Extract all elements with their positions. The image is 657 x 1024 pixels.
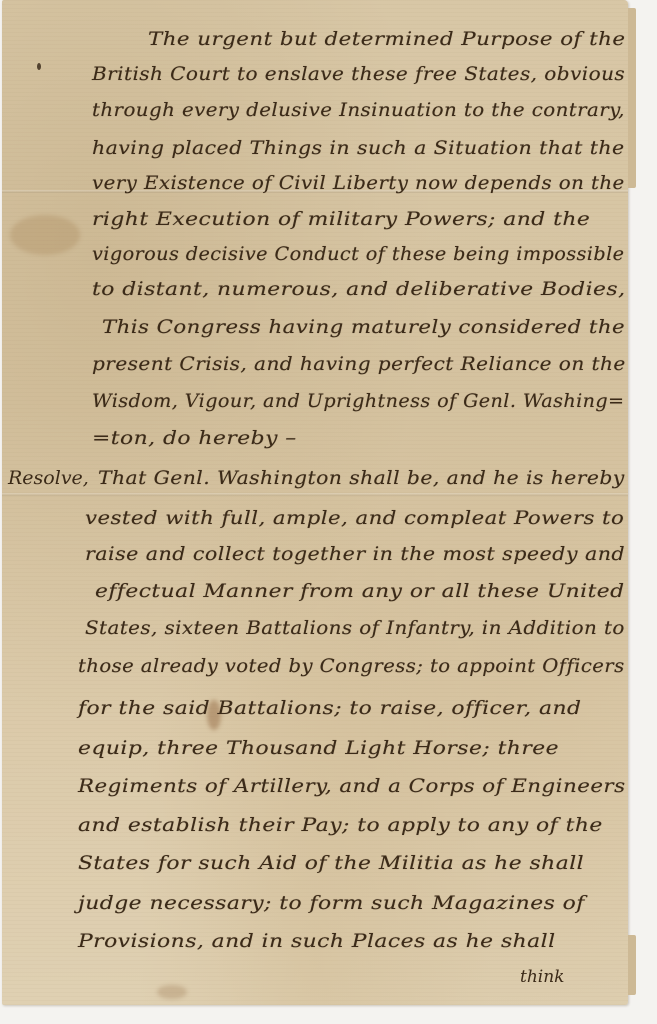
resolution-line: vested with full, ample, and compleat Po… xyxy=(85,507,624,529)
preamble-line: The urgent but determined Purpose of the xyxy=(148,28,625,50)
resolution-line: States, sixteen Battalions of Infantry, … xyxy=(85,617,625,639)
resolution-line: equip, three Thousand Light Horse; three xyxy=(78,737,559,759)
preamble-line: very Existence of Civil Liberty now depe… xyxy=(92,172,625,194)
resolution-line: judge necessary; to form such Magazines … xyxy=(78,892,585,914)
resolution-line: States for such Aid of the Militia as he… xyxy=(78,852,584,874)
resolution-line: those already voted by Congress; to appo… xyxy=(78,655,625,677)
paper-stain xyxy=(157,985,187,999)
paper-edge xyxy=(628,8,636,188)
resolution-line: Provisions, and in such Places as he sha… xyxy=(78,930,556,952)
paper-fold xyxy=(2,493,628,496)
preamble-line: present Crisis, and having perfect Relia… xyxy=(92,353,626,375)
resolution-line: That Genl. Washington shall be, and he i… xyxy=(98,467,625,489)
resolve-margin-label: Resolve, xyxy=(8,467,89,489)
preamble-line: through every delusive Insinuation to th… xyxy=(92,99,625,121)
ink-dot xyxy=(37,63,41,70)
catchword: think xyxy=(520,967,564,987)
resolution-line: effectual Manner from any or all these U… xyxy=(95,580,625,602)
resolution-line: raise and collect together in the most s… xyxy=(85,543,625,565)
preamble-line: vigorous decisive Conduct of these being… xyxy=(92,243,624,265)
paper-edge xyxy=(628,935,636,995)
preamble-line: right Execution of military Powers; and … xyxy=(92,208,590,230)
preamble-line: British Court to enslave these free Stat… xyxy=(92,63,625,85)
paper-stain xyxy=(10,215,80,255)
preamble-line: =ton, do hereby – xyxy=(92,427,297,449)
resolution-line: for the said Battalions; to raise, offic… xyxy=(78,697,581,719)
resolution-line: Regiments of Artillery, and a Corps of E… xyxy=(78,775,626,797)
resolution-line: and establish their Pay; to apply to any… xyxy=(78,814,603,836)
preamble-line: This Congress having maturely considered… xyxy=(102,316,625,338)
document-canvas: The urgent but determined Purpose of the… xyxy=(0,0,657,1024)
preamble-line: Wisdom, Vigour, and Uprightness of Genl.… xyxy=(92,390,625,412)
preamble-line: to distant, numerous, and deliberative B… xyxy=(92,278,625,300)
preamble-line: having placed Things in such a Situation… xyxy=(92,137,625,159)
